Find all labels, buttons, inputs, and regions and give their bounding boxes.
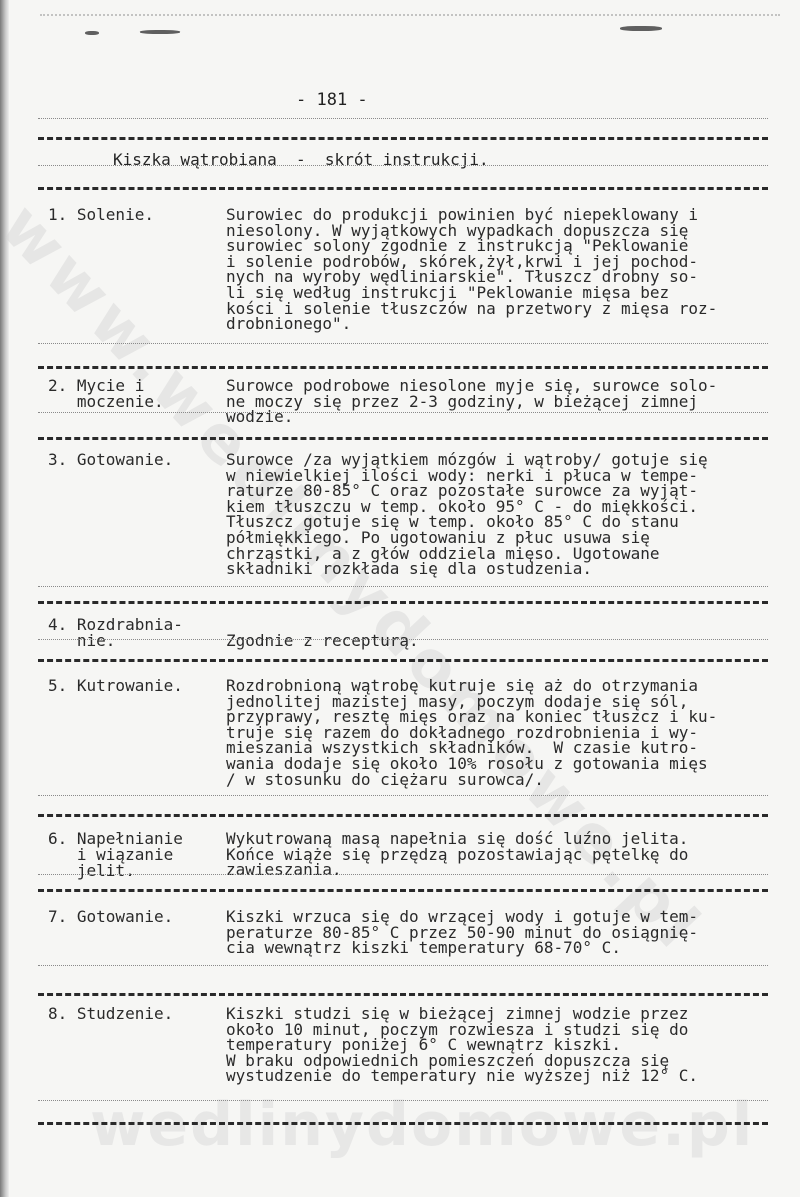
step-text: Zgodnie z recepturą. bbox=[226, 633, 419, 649]
step-text: Surowce podrobowe niesolone myje się, su… bbox=[226, 378, 717, 425]
step-text: Kiszki studzi się w bieżącej zimnej wodz… bbox=[226, 1006, 698, 1084]
step-label: 1. Solenie. bbox=[48, 207, 154, 223]
dashed-rule bbox=[38, 601, 768, 604]
dotted-rule bbox=[38, 586, 768, 587]
dashed-rule bbox=[38, 366, 768, 369]
step-label: 6. Napełnianie i wiązanie jelit. bbox=[48, 831, 183, 879]
dotted-rule bbox=[38, 165, 768, 166]
step-text: Surowce /za wyjątkiem mózgów i wątroby/ … bbox=[226, 452, 708, 577]
step-label: 3. Gotowanie. bbox=[48, 452, 173, 468]
dotted-rule bbox=[38, 1100, 768, 1101]
dotted-rule bbox=[38, 965, 768, 966]
ink-smudge bbox=[140, 30, 180, 34]
step-text: Rozdrobnioną wątrobę kutruje się aż do o… bbox=[226, 678, 717, 787]
document-title: Kiszka wątrobiana - skrót instrukcji. bbox=[113, 150, 489, 169]
dashed-rule bbox=[38, 437, 768, 440]
dashed-rule bbox=[38, 1122, 768, 1125]
step-label: 7. Gotowanie. bbox=[48, 909, 173, 925]
dotted-rule bbox=[38, 639, 768, 640]
dashed-rule bbox=[38, 187, 768, 190]
dashed-rule bbox=[38, 993, 768, 996]
dotted-rule bbox=[38, 795, 768, 796]
step-label: 2. Mycie i moczenie. bbox=[48, 378, 164, 410]
step-text: Surowiec do produkcji powinien być niepe… bbox=[226, 207, 717, 332]
dashed-rule bbox=[38, 137, 768, 140]
dotted-rule bbox=[38, 118, 768, 119]
dotted-rule bbox=[38, 874, 768, 875]
dotted-rule bbox=[38, 343, 768, 344]
dashed-rule bbox=[38, 814, 768, 817]
dashed-rule bbox=[38, 659, 768, 662]
ink-smudge bbox=[85, 31, 99, 35]
dotted-rule bbox=[38, 412, 768, 413]
step-label: 4. Rozdrabnia- nie. bbox=[48, 617, 183, 649]
scan-page-edge bbox=[0, 0, 9, 1197]
step-text: Wykutrowaną masą napełnia się dość luźno… bbox=[226, 831, 688, 878]
dashed-rule bbox=[38, 889, 768, 892]
scan-noise bbox=[40, 14, 780, 18]
step-label: 8. Studzenie. bbox=[48, 1006, 173, 1022]
step-label: 5. Kutrowanie. bbox=[48, 678, 183, 694]
ink-smudge bbox=[620, 26, 662, 31]
step-text: Kiszki wrzuca się do wrzącej wody i gotu… bbox=[226, 909, 698, 956]
page-number: - 181 - bbox=[296, 90, 368, 110]
